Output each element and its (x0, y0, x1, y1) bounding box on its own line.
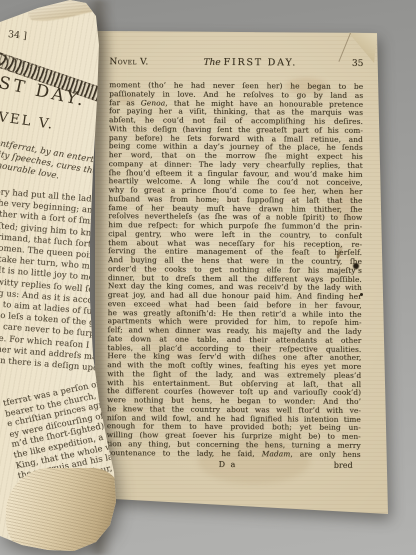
left-page: 34 ] ST DAY. VEL V. ontferrat, by an ent… (0, 0, 416, 555)
page-number: 34 ] (7, 29, 27, 42)
novel-argument-text: ontferrat, by an entertainmcity ſpeeches… (0, 138, 117, 192)
left-page-upper-text: ory had put all the ladiethe very beginn… (0, 186, 125, 375)
left-page-shadow-wrap: 34 ] ST DAY. VEL V. ontferrat, by an ent… (0, 0, 416, 555)
novel-heading-fragment: VEL V. (0, 109, 55, 133)
fore-edge-curl (6, 468, 122, 555)
book-photo: Novel V. The FIRST DAY. 35 moment (tho’ … (0, 0, 416, 555)
page-top-edge-curl (27, 0, 127, 26)
